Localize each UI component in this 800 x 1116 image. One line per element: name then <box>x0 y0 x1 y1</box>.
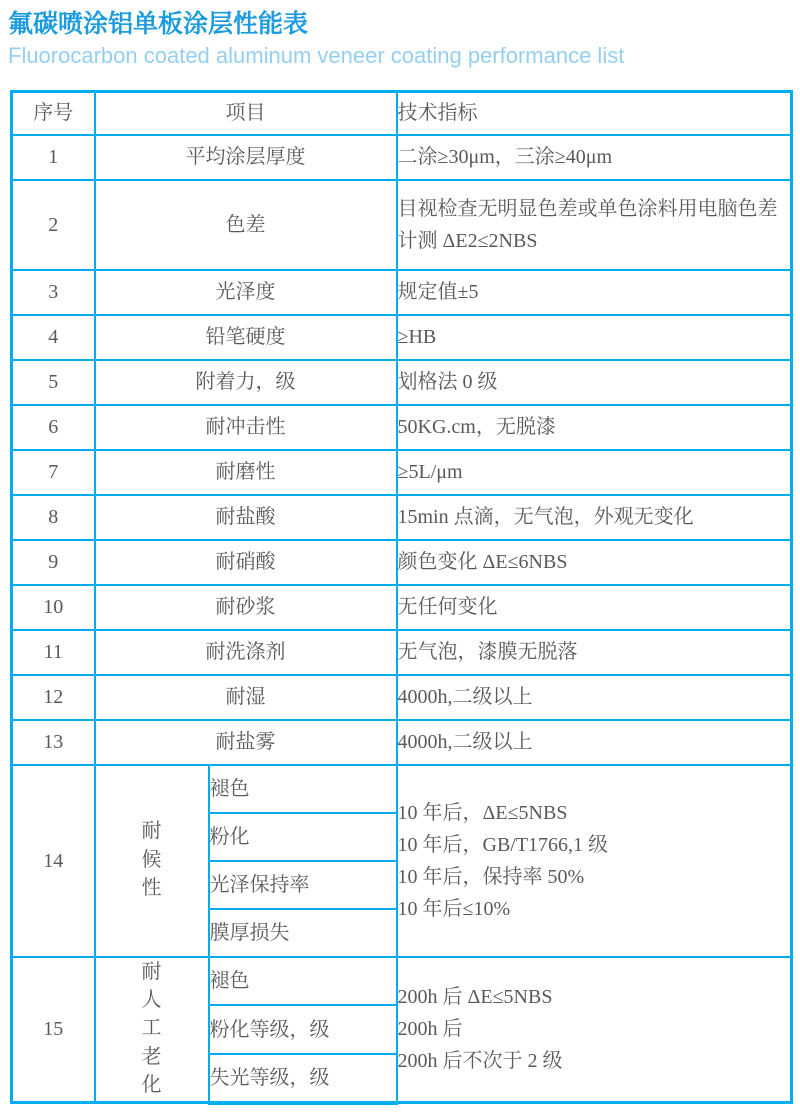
page-header: 氟碳喷涂铝单板涂层性能表 Fluorocarbon coated aluminu… <box>8 10 624 70</box>
item-cell: 耐盐雾 <box>95 720 397 765</box>
table-row: 13 耐盐雾 4000h,二级以上 <box>12 720 792 765</box>
spec-cell: 无任何变化 <box>397 585 792 630</box>
spec-cell-merged: 200h 后 ΔE≤5NBS 200h 后 200h 后不次于 2 级 <box>397 957 792 1103</box>
row-number-cell: 5 <box>12 360 95 405</box>
row-number-cell: 7 <box>12 450 95 495</box>
item-cell: 色差 <box>95 180 397 270</box>
item-cell: 耐砂浆 <box>95 585 397 630</box>
page-title-chinese: 氟碳喷涂铝单板涂层性能表 <box>8 10 624 39</box>
table-row: 6 耐冲击性 50KG.cm，无脱漆 <box>12 405 792 450</box>
spec-cell: 15min 点滴，无气泡，外观无变化 <box>397 495 792 540</box>
row-number-cell: 13 <box>12 720 95 765</box>
table-row: 3 光泽度 规定值±5 <box>12 270 792 315</box>
sub-item-cell: 失光等级，级 <box>209 1054 397 1103</box>
item-cell: 铅笔硬度 <box>95 315 397 360</box>
row-number-cell: 12 <box>12 675 95 720</box>
row-number-cell: 10 <box>12 585 95 630</box>
table-row: 5 附着力，级 划格法 0 级 <box>12 360 792 405</box>
item-cell: 耐硝酸 <box>95 540 397 585</box>
row-number-cell: 15 <box>12 957 95 1103</box>
row-number-cell: 2 <box>12 180 95 270</box>
spec-cell: 规定值±5 <box>397 270 792 315</box>
spec-cell: 目视检查无明显色差或单色涂料用电脑色差计测 ΔE2≤2NBS <box>397 180 792 270</box>
spec-line: 10 年后，保持率 50% <box>398 861 791 893</box>
spec-cell: 二涂≥30μm，三涂≥40μm <box>397 135 792 180</box>
spec-lines: 200h 后 ΔE≤5NBS 200h 后 200h 后不次于 2 级 <box>398 981 791 1077</box>
item-cell: 耐洗涤剂 <box>95 630 397 675</box>
spec-cell: 4000h,二级以上 <box>397 720 792 765</box>
row-number-cell: 6 <box>12 405 95 450</box>
table-row: 11 耐洗涤剂 无气泡，漆膜无脱落 <box>12 630 792 675</box>
spec-line: 200h 后 ΔE≤5NBS <box>398 981 791 1013</box>
category-cell-aging-resistance: 耐人工老化 <box>95 957 209 1103</box>
row-number-cell: 9 <box>12 540 95 585</box>
item-cell: 耐冲击性 <box>95 405 397 450</box>
item-cell: 光泽度 <box>95 270 397 315</box>
performance-table: 序号 项目 技术指标 1 平均涂层厚度 二涂≥30μm，三涂≥40μm 2 色差… <box>10 90 793 1105</box>
sub-item-cell: 褪色 <box>209 957 397 1006</box>
table-row: 7 耐磨性 ≥5L/μm <box>12 450 792 495</box>
table-row: 10 耐砂浆 无任何变化 <box>12 585 792 630</box>
spec-cell: ≥HB <box>397 315 792 360</box>
table-row: 9 耐硝酸 颜色变化 ΔE≤6NBS <box>12 540 792 585</box>
spec-cell: 50KG.cm，无脱漆 <box>397 405 792 450</box>
item-cell: 平均涂层厚度 <box>95 135 397 180</box>
row-number-cell: 3 <box>12 270 95 315</box>
header-cell-item: 项目 <box>95 92 397 135</box>
category-cell-weather-resistance: 耐候性 <box>95 765 209 957</box>
spec-lines: 10 年后，ΔE≤5NBS 10 年后，GB/T1766,1 级 10 年后，保… <box>398 797 791 925</box>
page-title-english: Fluorocarbon coated aluminum veneer coat… <box>8 42 624 71</box>
table-row-group-aging: 15 耐人工老化 褪色 200h 后 ΔE≤5NBS 200h 后 200h 后… <box>12 957 792 1006</box>
spec-line: 10 年后，GB/T1766,1 级 <box>398 829 791 861</box>
row-number-cell: 14 <box>12 765 95 957</box>
spec-cell: 划格法 0 级 <box>397 360 792 405</box>
spec-cell: 4000h,二级以上 <box>397 675 792 720</box>
spec-cell: 颜色变化 ΔE≤6NBS <box>397 540 792 585</box>
item-cell: 耐盐酸 <box>95 495 397 540</box>
row-number-cell: 8 <box>12 495 95 540</box>
table-row: 12 耐湿 4000h,二级以上 <box>12 675 792 720</box>
spec-cell-merged: 10 年后，ΔE≤5NBS 10 年后，GB/T1766,1 级 10 年后，保… <box>397 765 792 957</box>
row-number-cell: 11 <box>12 630 95 675</box>
sub-item-cell: 粉化 <box>209 813 397 861</box>
table-row: 2 色差 目视检查无明显色差或单色涂料用电脑色差计测 ΔE2≤2NBS <box>12 180 792 270</box>
table-row-group-weather: 14 耐候性 褪色 10 年后，ΔE≤5NBS 10 年后，GB/T1766,1… <box>12 765 792 813</box>
spec-line: 200h 后不次于 2 级 <box>398 1045 791 1077</box>
item-cell: 附着力，级 <box>95 360 397 405</box>
sub-item-cell: 光泽保持率 <box>209 861 397 909</box>
row-number-cell: 1 <box>12 135 95 180</box>
spec-cell: ≥5L/μm <box>397 450 792 495</box>
item-cell: 耐湿 <box>95 675 397 720</box>
sub-item-cell: 粉化等级，级 <box>209 1005 397 1054</box>
vertical-category-label: 耐人工老化 <box>140 958 163 1100</box>
header-cell-index: 序号 <box>12 92 95 135</box>
table-header-row: 序号 项目 技术指标 <box>12 92 792 135</box>
header-cell-spec: 技术指标 <box>397 92 792 135</box>
spec-line: 10 年后≤10% <box>398 893 791 925</box>
row-number-cell: 4 <box>12 315 95 360</box>
item-cell: 耐磨性 <box>95 450 397 495</box>
spec-line: 200h 后 <box>398 1013 791 1045</box>
sub-item-cell: 膜厚损失 <box>209 909 397 957</box>
table-row: 4 铅笔硬度 ≥HB <box>12 315 792 360</box>
spec-line: 10 年后，ΔE≤5NBS <box>398 797 791 829</box>
table-row: 8 耐盐酸 15min 点滴，无气泡，外观无变化 <box>12 495 792 540</box>
page: 氟碳喷涂铝单板涂层性能表 Fluorocarbon coated aluminu… <box>0 0 800 1116</box>
vertical-category-label: 耐候性 <box>140 817 163 902</box>
spec-cell: 无气泡，漆膜无脱落 <box>397 630 792 675</box>
sub-item-cell: 褪色 <box>209 765 397 813</box>
table-row: 1 平均涂层厚度 二涂≥30μm，三涂≥40μm <box>12 135 792 180</box>
